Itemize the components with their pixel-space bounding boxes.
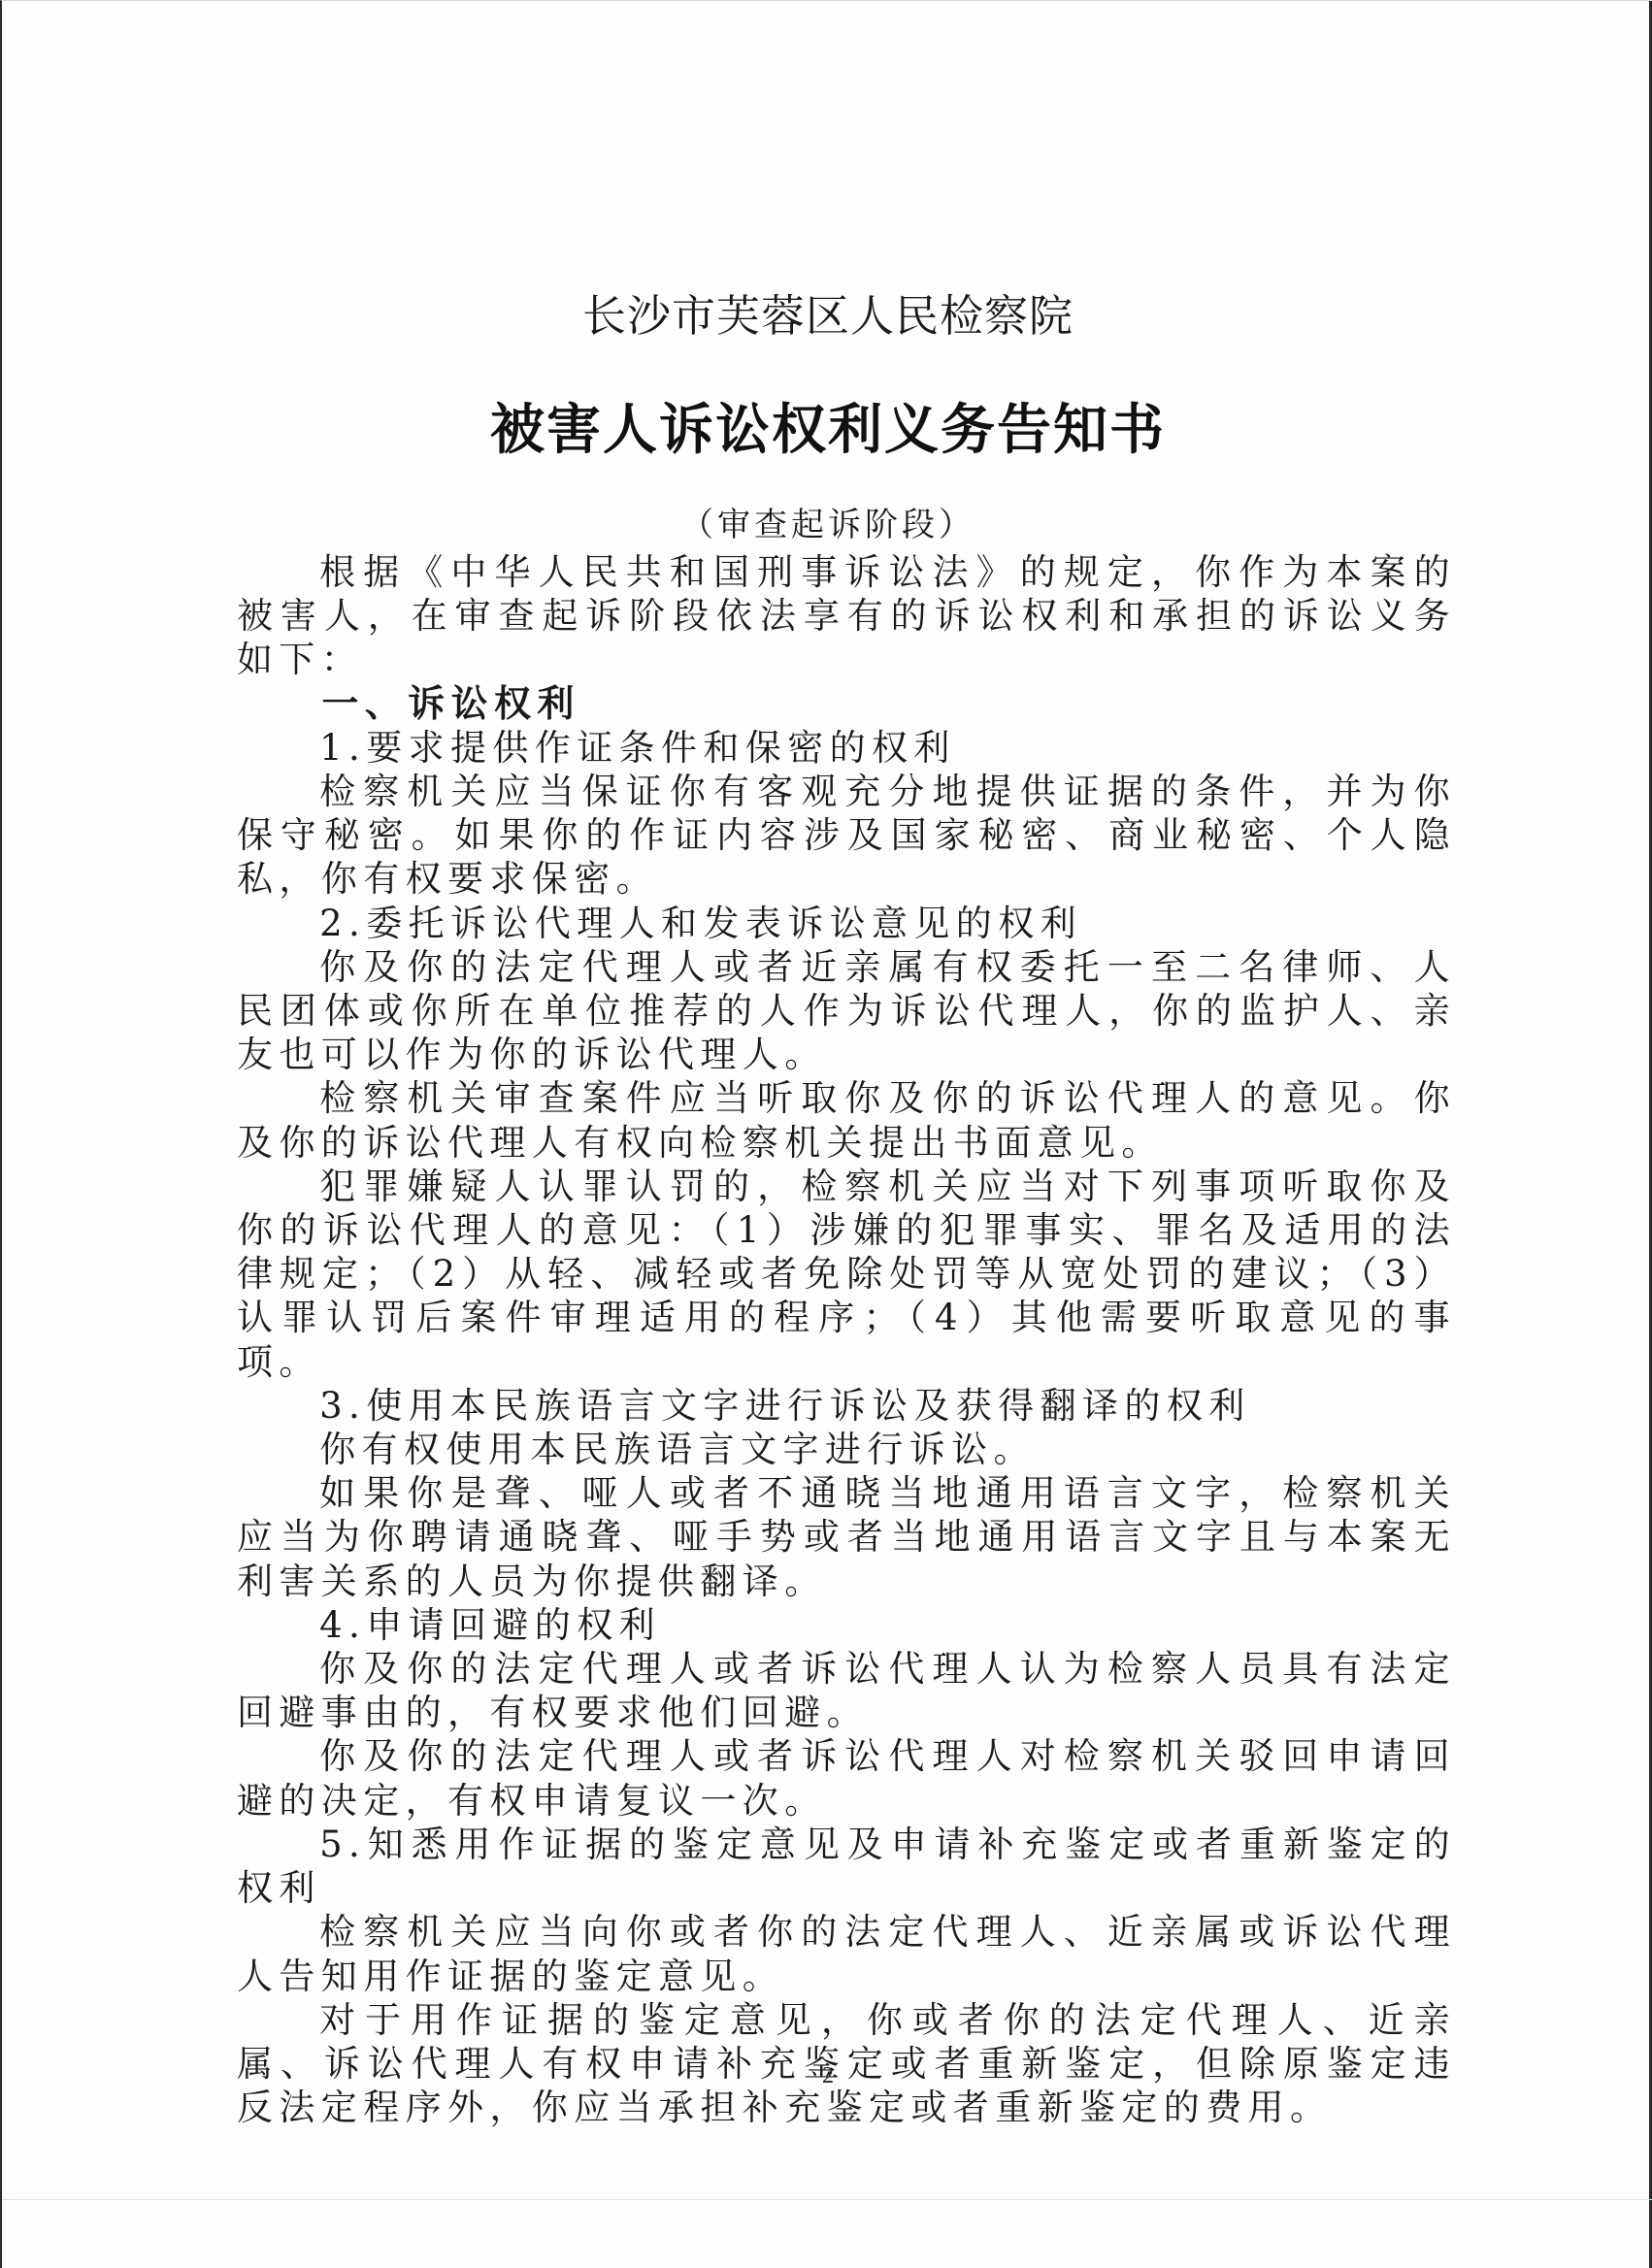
item-title: 5.知悉用作证据的鉴定意见及申请补充鉴定或者重新鉴定的权利 — [237, 1823, 1456, 1910]
intro-paragraph: 根据《中华人民共和国刑事诉讼法》的规定，你作为本案的被害人，在审查起诉阶段依法享… — [237, 550, 1456, 682]
item-paragraph: 你有权使用本民族语言文字进行诉讼。 — [237, 1428, 1456, 1471]
item-title: 1.要求提供作证条件和保密的权利 — [237, 726, 1456, 770]
document-page: 长沙市芙蓉区人民检察院 被害人诉讼权利义务告知书 （审查起诉阶段） 根据《中华人… — [0, 0, 1652, 2268]
item-paragraph: 如果你是聋、哑人或者不通晓当地通用语言文字，检察机关应当为你聘请通晓聋、哑手势或… — [237, 1471, 1456, 1603]
organization-name: 长沙市芙蓉区人民检察院 — [2, 280, 1652, 344]
item-paragraph: 犯罪嫌疑人认罪认罚的，检察机关应当对下列事项听取你及你的诉讼代理人的意见：（1）… — [237, 1165, 1456, 1384]
stage-subtitle: （审查起诉阶段） — [2, 498, 1652, 545]
item-title: 2.委托诉讼代理人和发表诉讼意见的权利 — [237, 902, 1456, 945]
page-number: 2 — [2, 2063, 1652, 2089]
document-body: 根据《中华人民共和国刑事诉讼法》的规定，你作为本案的被害人，在审查起诉阶段依法享… — [237, 550, 1456, 2129]
scan-artifact-line — [2, 2199, 1652, 2200]
item-paragraph: 你及你的法定代理人或者近亲属有权委托一至二名律师、人民团体或你所在单位推荐的人作… — [237, 945, 1456, 1077]
item-title: 3.使用本民族语言文字进行诉讼及获得翻译的权利 — [237, 1384, 1456, 1428]
section-heading-rights: 一、诉讼权利 — [237, 682, 1456, 726]
document-title: 被害人诉讼权利义务告知书 — [2, 387, 1652, 465]
item-paragraph: 你及你的法定代理人或者诉讼代理人对检察机关驳回申请回避的决定，有权申请复议一次。 — [237, 1734, 1456, 1822]
item-paragraph: 你及你的法定代理人或者诉讼代理人认为检察人员具有法定回避事由的，有权要求他们回避… — [237, 1647, 1456, 1734]
item-paragraph: 检察机关应当保证你有客观充分地提供证据的条件，并为你保守秘密。如果你的作证内容涉… — [237, 770, 1456, 902]
item-paragraph: 检察机关应当向你或者你的法定代理人、近亲属或诉讼代理人告知用作证据的鉴定意见。 — [237, 1910, 1456, 1997]
item-paragraph: 检察机关审查案件应当听取你及你的诉讼代理人的意见。你及你的诉讼代理人有权向检察机… — [237, 1076, 1456, 1164]
item-title: 4.申请回避的权利 — [237, 1603, 1456, 1647]
